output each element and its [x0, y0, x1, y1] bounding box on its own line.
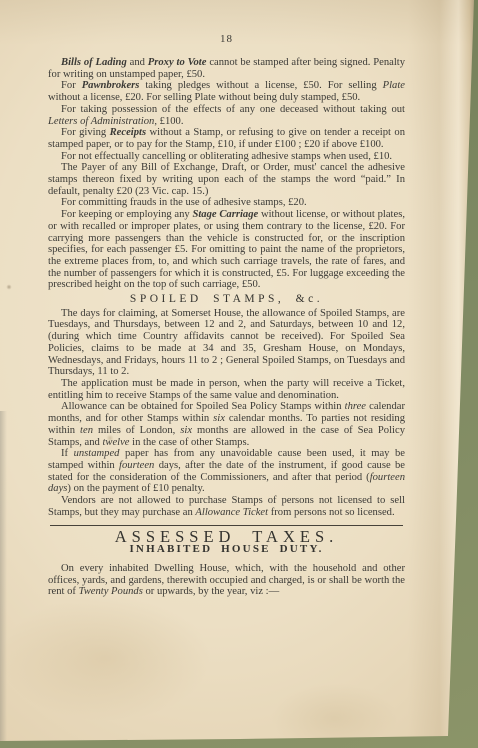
paragraph: If unstamped paper has from any unavoida… — [48, 448, 405, 495]
section-heading: ASSESSED TAXES. — [48, 531, 405, 543]
text-segment: three — [345, 401, 366, 412]
paragraph: The application must be made in person, … — [48, 378, 405, 401]
paragraph: For taking possession of the effects of … — [48, 104, 405, 127]
text-segment: ) on the payment of £10 penalty. — [67, 483, 204, 494]
text-segment: twelve — [102, 437, 129, 448]
section-heading: SPOILED STAMPS, &c. — [48, 294, 405, 306]
section-divider — [50, 525, 403, 526]
text-segment: For taking possession of the effects of … — [61, 104, 405, 115]
text-segment: For giving — [61, 127, 110, 138]
paragraph: Allowance can be obtained for Spoiled Se… — [48, 401, 405, 448]
text-segment: Stage Carriage — [192, 209, 258, 220]
paragraph: For keeping or employing any Stage Carri… — [48, 209, 405, 291]
paragraph: Bills of Lading and Proxy to Vote cannot… — [48, 57, 405, 80]
text-segment: unstamped — [74, 448, 120, 459]
page-text: Bills of Lading and Proxy to Vote cannot… — [48, 57, 405, 598]
scan-background: 18 Bills of Lading and Proxy to Vote can… — [0, 0, 478, 748]
paragraph: For giving Receipts without a Stamp, or … — [48, 127, 405, 150]
paragraph: For Pawnbrokers taking pledges without a… — [48, 80, 405, 103]
text-segment: or upwards, by the year, viz :— — [143, 586, 279, 597]
text-segment: For not effectually cancelling or oblite… — [61, 151, 392, 162]
paragraph: On every inhabited Dwelling House, which… — [48, 563, 405, 598]
text-segment: in the case of other Stamps. — [130, 437, 250, 448]
paragraph: The days for claiming, at Somerset House… — [48, 308, 405, 378]
paragraph: The Payer of any Bill of Exchange, Draft… — [48, 162, 405, 197]
text-segment: from persons not so licensed. — [268, 507, 395, 518]
text-segment: SPOILED STAMPS, &c. — [130, 293, 323, 305]
page-number: 18 — [48, 33, 405, 45]
text-segment: six — [180, 425, 192, 436]
text-segment: without a license, £20. For selling Plat… — [48, 92, 360, 103]
text-segment: Receipts — [110, 127, 146, 138]
text-segment: The application must be made in person, … — [48, 378, 405, 401]
text-segment: taking pledges without a license, £50. F… — [139, 80, 382, 91]
text-segment: Letters of Administration — [48, 116, 154, 127]
text-segment: If — [61, 448, 74, 459]
text-segment: For keeping or employing any — [61, 209, 192, 220]
text-segment: Twenty Pounds — [79, 586, 143, 597]
paragraph: Vendors are not allowed to purchase Stam… — [48, 495, 405, 518]
paragraph: For not effectually cancelling or oblite… — [48, 151, 405, 163]
text-segment: Allowance Ticket — [195, 507, 268, 518]
text-segment: without license, or without plates, or w… — [48, 209, 405, 290]
text-segment: Allowance can be obtained for Spoiled Se… — [61, 401, 345, 412]
text-segment: , £100. — [154, 116, 183, 127]
text-segment: and — [127, 57, 148, 68]
section-heading: INHABITED HOUSE DUTY. — [48, 544, 405, 556]
text-segment: The Payer of any Bill of Exchange, Draft… — [48, 162, 405, 196]
paragraph: For committing frauds in the use of adhe… — [48, 197, 405, 209]
text-segment: Proxy to Vote — [148, 57, 207, 68]
text-segment: ten — [80, 425, 93, 436]
text-segment: six — [213, 413, 225, 424]
text-segment: Plate — [383, 80, 405, 91]
text-segment: fourteen — [119, 460, 154, 471]
text-segment: For committing frauds in the use of adhe… — [61, 197, 307, 208]
text-segment: Pawnbrokers — [82, 80, 140, 91]
text-segment: INHABITED HOUSE DUTY. — [129, 543, 323, 555]
text-segment: For — [61, 80, 82, 91]
book-page: 18 Bills of Lading and Proxy to Vote can… — [0, 0, 478, 748]
text-segment: miles of London, — [93, 425, 180, 436]
text-segment: The days for claiming, at Somerset House… — [48, 308, 405, 378]
text-segment: Bills of Lading — [61, 57, 127, 68]
